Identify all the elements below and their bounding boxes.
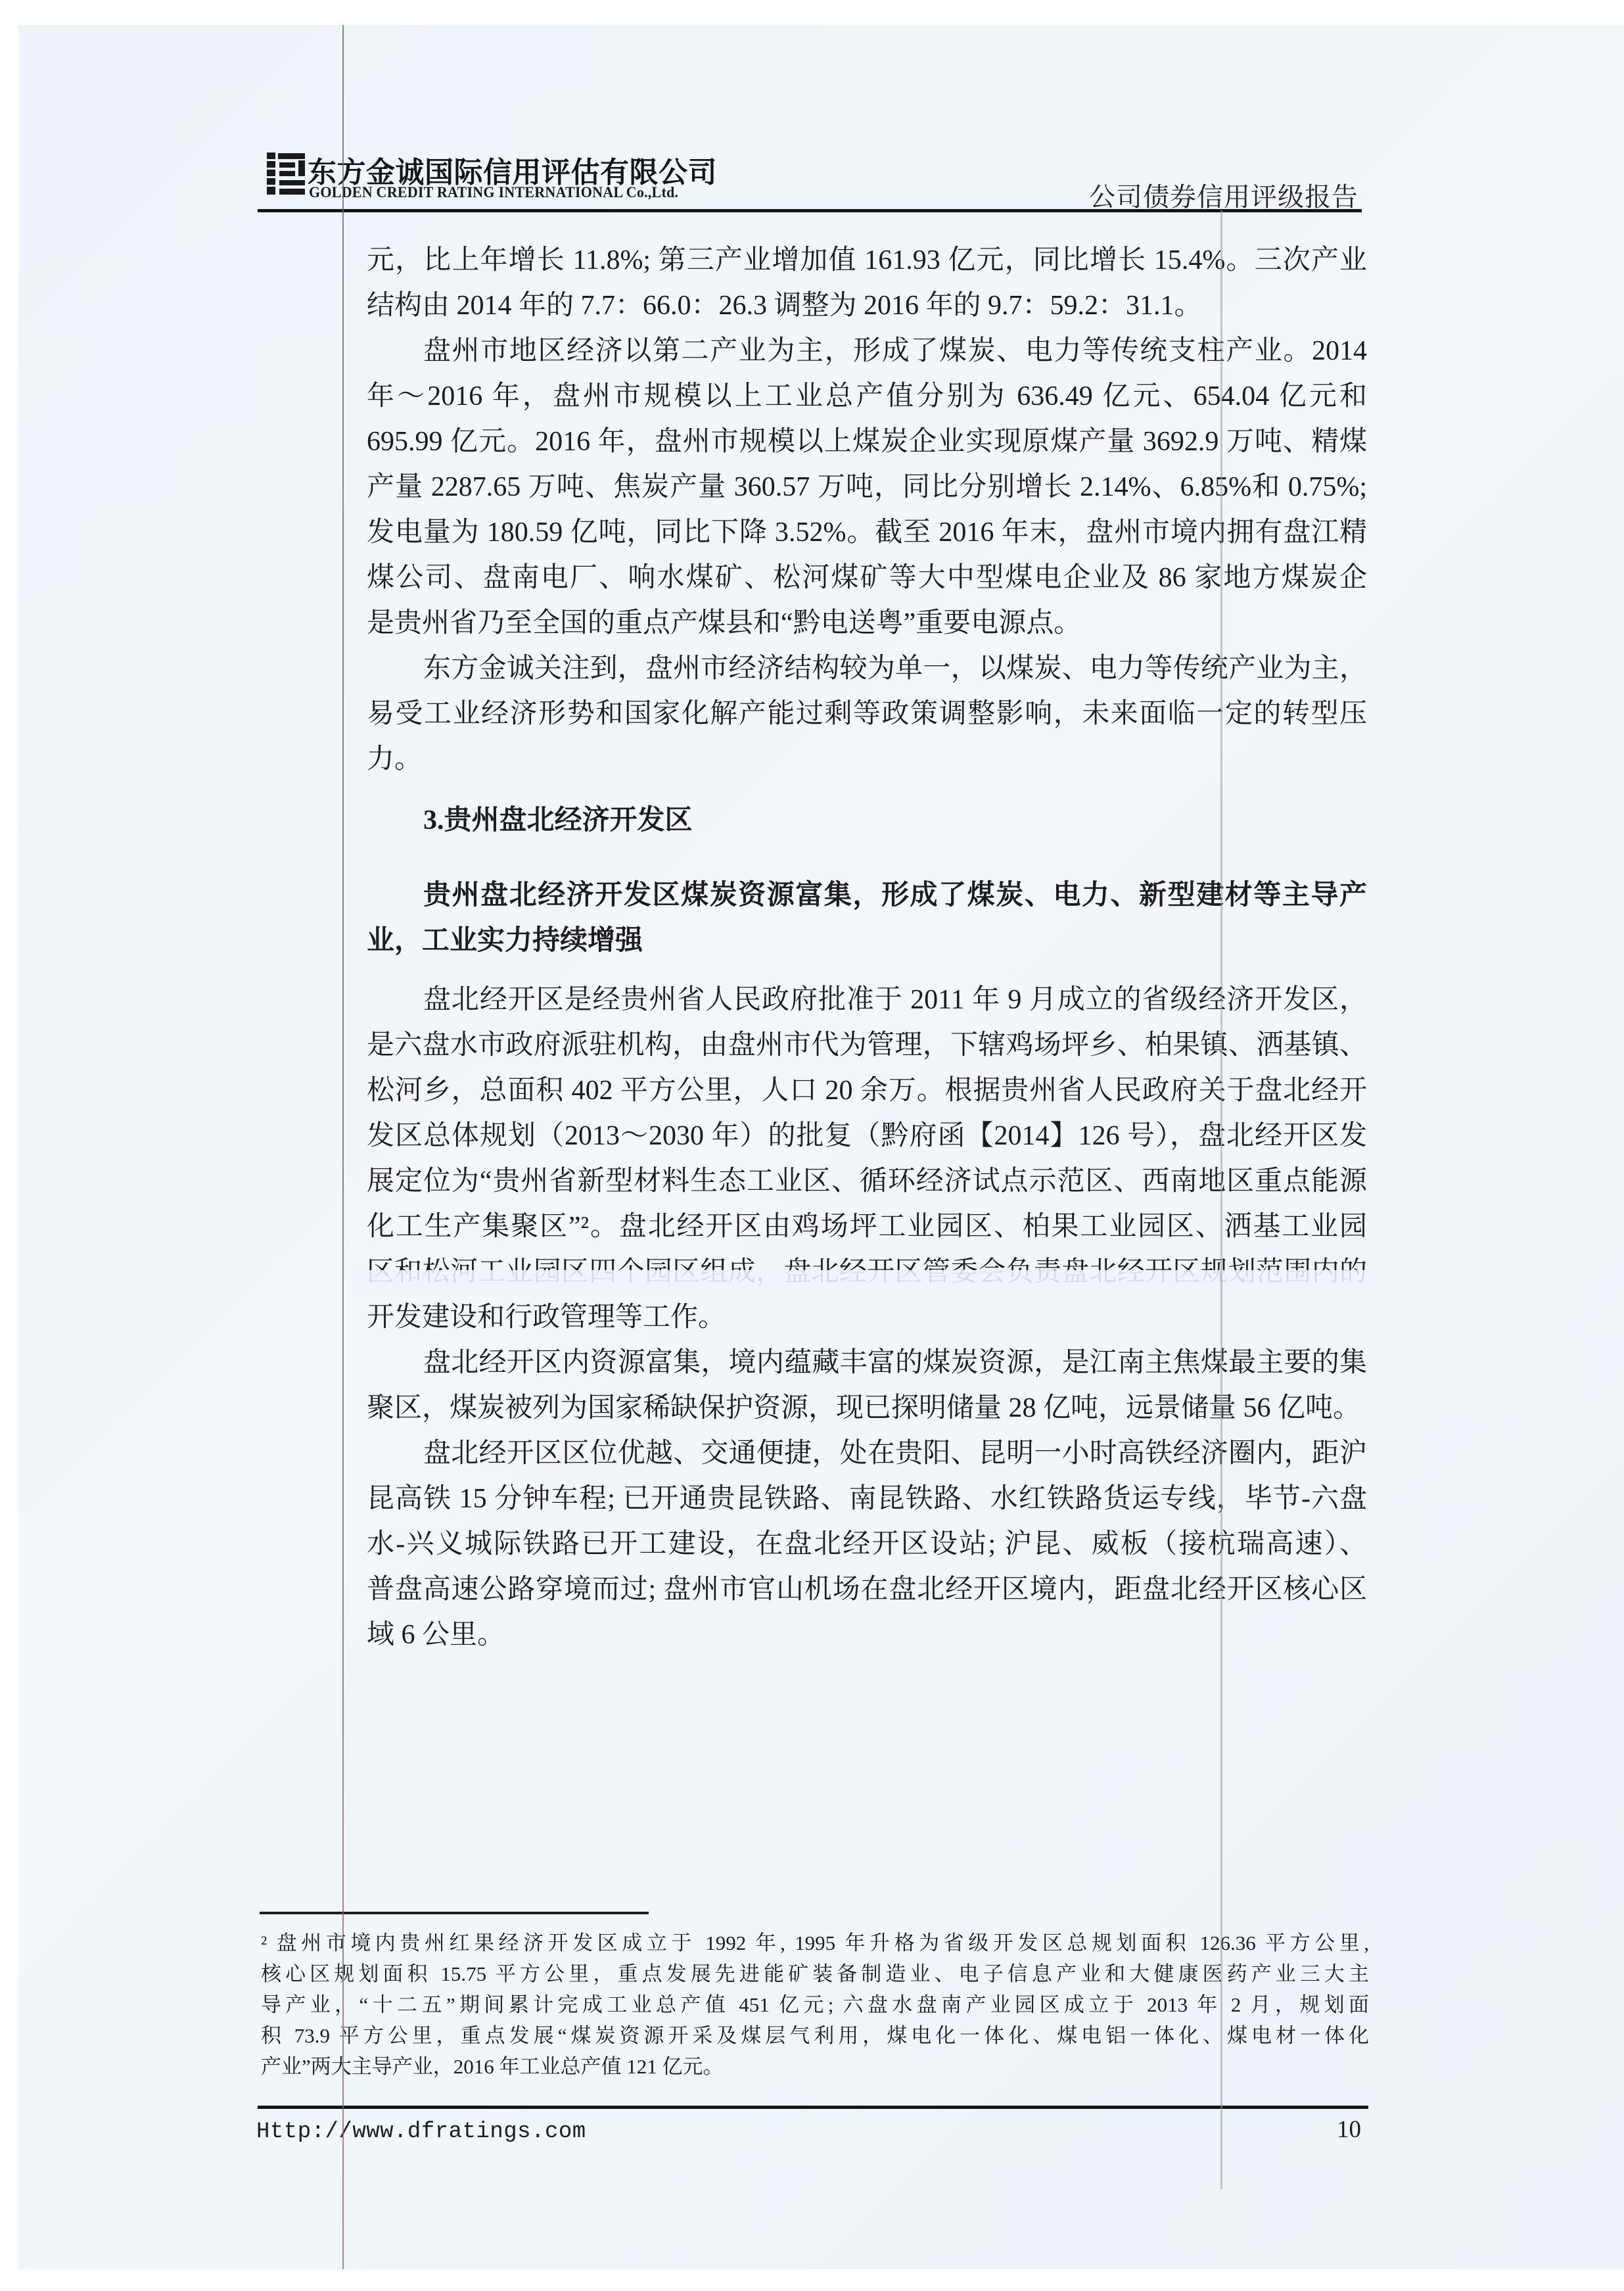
scan-artifact-strip: [358, 1290, 1370, 1295]
body-line: 昆高铁 15 分钟车程; 已开通贵昆铁路、南昆铁路、水红铁路货运专线，毕节-六盘: [367, 1476, 1367, 1522]
body-line: 展定位为“贵州省新型材料生态工业区、循环经济试点示范区、西南地区重点能源: [367, 1159, 1367, 1204]
body-line: 煤公司、盘南电厂、响水煤矿、松河煤矿等大中型煤电企业及 86 家地方煤炭企业，: [367, 555, 1367, 601]
footnote: ² 盘州市境内贵州红果经济开发区成立于 1992 年, 1995 年升格为省级开…: [261, 1927, 1369, 2082]
body-line: 元，比上年增长 11.8%; 第三产业增加值 161.93 亿元，同比增长 15…: [367, 238, 1367, 283]
paragraph: 盘北经开区内资源富集，境内蕴藏丰富的煤炭资源，是江南主焦煤最主要的集聚区，煤炭被…: [367, 1340, 1367, 1431]
paragraph: 盘州市地区经济以第二产业为主，形成了煤炭、电力等传统支柱产业。2014年～201…: [367, 329, 1367, 646]
body-line: 东方金诚关注到，盘州市经济结构较为单一，以煤炭、电力等传统产业为主，: [367, 646, 1367, 692]
body-line: 发电量为 180.59 亿吨，同比下降 3.52%。截至 2016 年末，盘州市…: [367, 510, 1367, 555]
body-line: 聚区，煤炭被列为国家稀缺保护资源，现已探明储量 28 亿吨，远景储量 56 亿吨…: [367, 1386, 1367, 1431]
body-line: 年～2016 年，盘州市规模以上工业总产值分别为 636.49 亿元、654.0…: [367, 374, 1367, 419]
body-line: 水-兴义城际铁路已开工建设，在盘北经开区设站; 沪昆、威板（接杭瑞高速）、: [367, 1522, 1367, 1567]
body-line: 盘北经开区是经贵州省人民政府批准于 2011 年 9 月成立的省级经济开发区，: [367, 978, 1367, 1023]
body-line: 是六盘水市政府派驻机构，由盘州市代为管理，下辖鸡场坪乡、柏果镇、洒基镇、: [367, 1023, 1367, 1068]
company-logo-icon: [267, 153, 305, 195]
report-body: 元，比上年增长 11.8%; 第三产业增加值 161.93 亿元，同比增长 15…: [367, 238, 1367, 1658]
body-line: 松河乡，总面积 402 平方公里，人口 20 余万。根据贵州省人民政府关于盘北经…: [367, 1068, 1367, 1114]
footer-rule: [258, 2106, 1368, 2109]
page-number: 10: [1337, 2115, 1361, 2144]
body-line: 普盘高速公路穿境而过; 盘州市官山机场在盘北经开区境内，距盘北经开区核心区: [367, 1567, 1367, 1613]
scan-artifact-strip: [358, 1270, 1370, 1290]
body-line: 域 6 公里。: [367, 1613, 1367, 1658]
body-line: 产量 2287.65 万吨、焦炭产量 360.57 万吨，同比分别增长 2.14…: [367, 465, 1367, 510]
footnote-line: ² 盘州市境内贵州红果经济开发区成立于 1992 年, 1995 年升格为省级开…: [261, 1927, 1369, 1958]
footnote-line: 导产业，“十二五”期间累计完成工业总产值 451 亿元; 六盘水盘南产业园区成立…: [261, 1989, 1369, 2020]
body-line: 业，工业实力持续增强: [367, 918, 1367, 964]
footer-url: Http://www.dfratings.com: [256, 2119, 586, 2150]
paragraph: 元，比上年增长 11.8%; 第三产业增加值 161.93 亿元，同比增长 15…: [367, 238, 1367, 329]
section-heading: 3.贵州盘北经济开发区: [367, 798, 1367, 843]
paragraph: 盘北经开区区位优越、交通便捷，处在贵阳、昆明一小时高铁经济圈内，距沪昆高铁 15…: [367, 1431, 1367, 1658]
footnote-separator: [260, 1912, 649, 1914]
header-rule: [258, 209, 1362, 212]
body-line: 力。: [367, 737, 1367, 782]
body-line: 发区总体规划（2013～2030 年）的批复（黔府函【2014】126 号），盘…: [367, 1114, 1367, 1159]
footnote-line: 核心区规划面积 15.75 平方公里，重点发展先进能矿装备制造业、电子信息产业和…: [261, 1958, 1369, 1989]
body-line: 695.99 亿元。2016 年，盘州市规模以上煤炭企业实现原煤产量 3692.…: [367, 419, 1367, 465]
report-type-label: 公司债券信用评级报告: [1089, 176, 1358, 208]
right-fold-line: [1220, 210, 1222, 2189]
footnote-line: 产业”两大主导产业，2016 年工业总产值 121 亿元。: [261, 2051, 1369, 2082]
company-name-en: GOLDEN CREDIT RATING INTERNATIONAL Co.,L…: [309, 184, 700, 204]
body-line: 是贵州省乃至全国的重点产煤县和“黔电送粤”重要电源点。: [367, 601, 1367, 646]
body-line: 盘州市地区经济以第二产业为主，形成了煤炭、电力等传统支柱产业。2014: [367, 329, 1367, 374]
paragraph: 贵州盘北经济开发区煤炭资源富集，形成了煤炭、电力、新型建材等主导产业，工业实力持…: [367, 873, 1367, 964]
body-line: 3.贵州盘北经济开发区: [367, 798, 1367, 843]
left-fold-line: [342, 25, 344, 2269]
report-page: 东方金诚国际信用评估有限公司 GOLDEN CREDIT RATING INTE…: [0, 0, 1624, 2291]
body-line: 开发建设和行政管理等工作。: [367, 1295, 1367, 1340]
body-line: 盘北经开区内资源富集，境内蕴藏丰富的煤炭资源，是江南主焦煤最主要的集: [367, 1340, 1367, 1386]
body-line: 结构由 2014 年的 7.7：66.0：26.3 调整为 2016 年的 9.…: [367, 283, 1367, 329]
body-line: 易受工业经济形势和国家化解产能过剩等政策调整影响，未来面临一定的转型压: [367, 692, 1367, 737]
body-line: 贵州盘北经济开发区煤炭资源富集，形成了煤炭、电力、新型建材等主导产: [367, 873, 1367, 918]
body-line: 盘北经开区区位优越、交通便捷，处在贵阳、昆明一小时高铁经济圈内，距沪: [367, 1431, 1367, 1476]
body-line: 化工生产集聚区”²。盘北经开区由鸡场坪工业园区、柏果工业园区、洒基工业园: [367, 1204, 1367, 1250]
paragraph: 东方金诚关注到，盘州市经济结构较为单一，以煤炭、电力等传统产业为主，易受工业经济…: [367, 646, 1367, 782]
company-name-cn: 东方金诚国际信用评估有限公司: [308, 149, 768, 185]
footnote-line: 积 73.9 平方公里，重点发展“煤炭资源开采及煤层气利用，煤电化一体化、煤电铝…: [261, 2020, 1369, 2051]
